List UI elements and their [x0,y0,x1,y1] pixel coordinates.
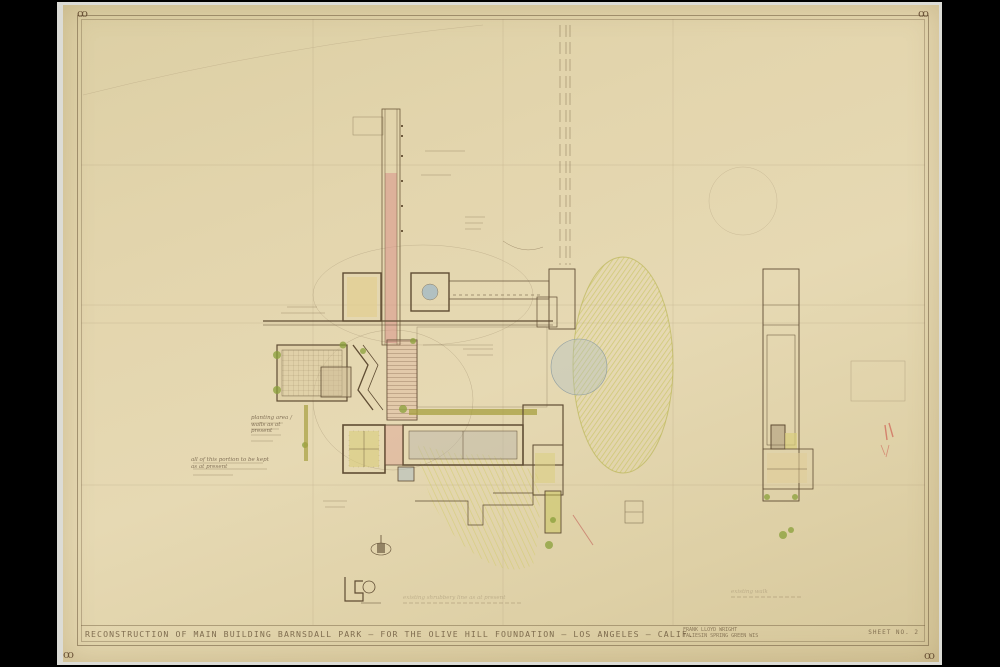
side-plan-strip [763,269,813,501]
sheet-number: SHEET NO. 2 [868,629,919,636]
black-mat-left [0,0,57,667]
note-bottom: existing shrubbery line as at present [403,595,543,602]
note-left-lower: all of this portion to be kept as at pre… [191,457,271,470]
small-site-detail [345,535,391,603]
lower-planting-area [418,445,540,570]
title-block: RECONSTRUCTION OF MAIN BUILDING BARNSDAL… [81,625,925,642]
drawing-sheet: ꝏ ꝏ ꝏ ꝏ [57,2,942,665]
tracing-paper: ꝏ ꝏ ꝏ ꝏ [63,5,939,662]
architectural-drawing [63,5,939,662]
note-right: existing walk [731,589,821,596]
dashed-axis-lines [560,25,570,265]
drawing-title: RECONSTRUCTION OF MAIN BUILDING BARNSDAL… [81,629,694,639]
note-left-upper: planting area / walls as at present [251,415,301,435]
credit-line-2: TALIESIN SPRING GREEN WIS [683,633,758,639]
red-corridor [385,173,397,343]
architect-credit: FRANK LLOYD WRIGHT TALIESIN SPRING GREEN… [683,627,758,639]
black-mat-right [942,0,1000,667]
